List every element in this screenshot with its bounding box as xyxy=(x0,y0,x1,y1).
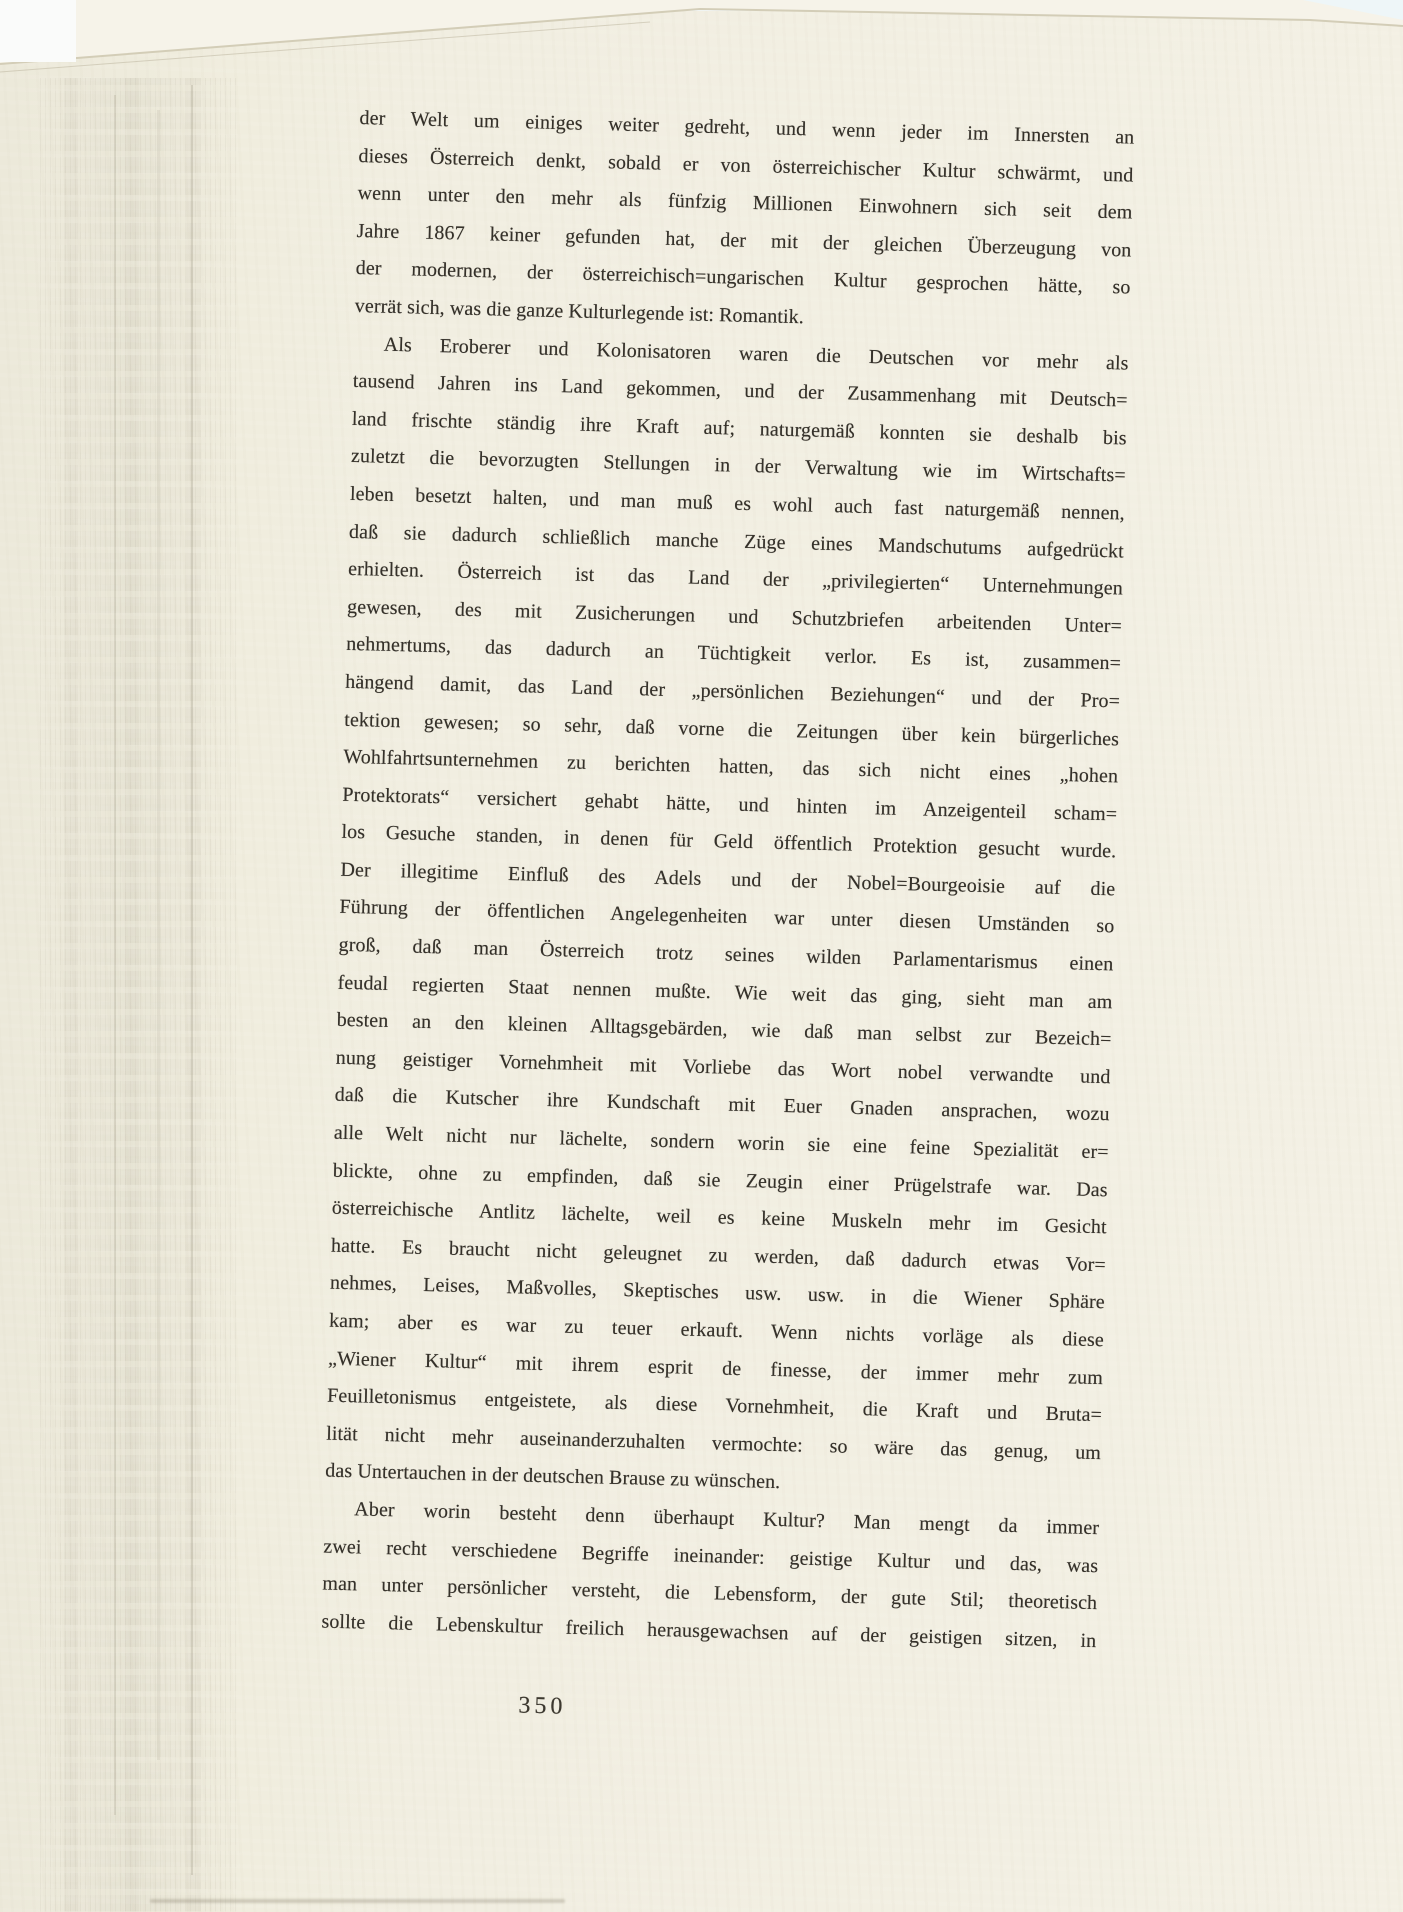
scan-edge-artifacts xyxy=(0,0,1403,84)
scan-gutter-noise xyxy=(40,78,240,1912)
scan-gutter-line xyxy=(157,110,160,1760)
scan-gutter-line xyxy=(191,85,193,1875)
paragraph: Aber worin besteht denn überhaupt Kultur… xyxy=(321,1491,1100,1661)
paragraph: der Welt um einiges weiter gedreht, und … xyxy=(354,100,1134,345)
paragraph: Als Eroberer und Kolonisatoren waren die… xyxy=(325,325,1129,1510)
scan-bottom-smudge xyxy=(150,1899,565,1903)
scan-gutter-line xyxy=(114,95,116,1815)
page-text-block: der Welt um einiges weiter gedreht, und … xyxy=(319,100,1135,1738)
paragraph-list: der Welt um einiges weiter gedreht, und … xyxy=(321,100,1135,1660)
scanned-book-page: { "colors": { "paper": "#f1eee1", "ink":… xyxy=(0,0,1403,1912)
